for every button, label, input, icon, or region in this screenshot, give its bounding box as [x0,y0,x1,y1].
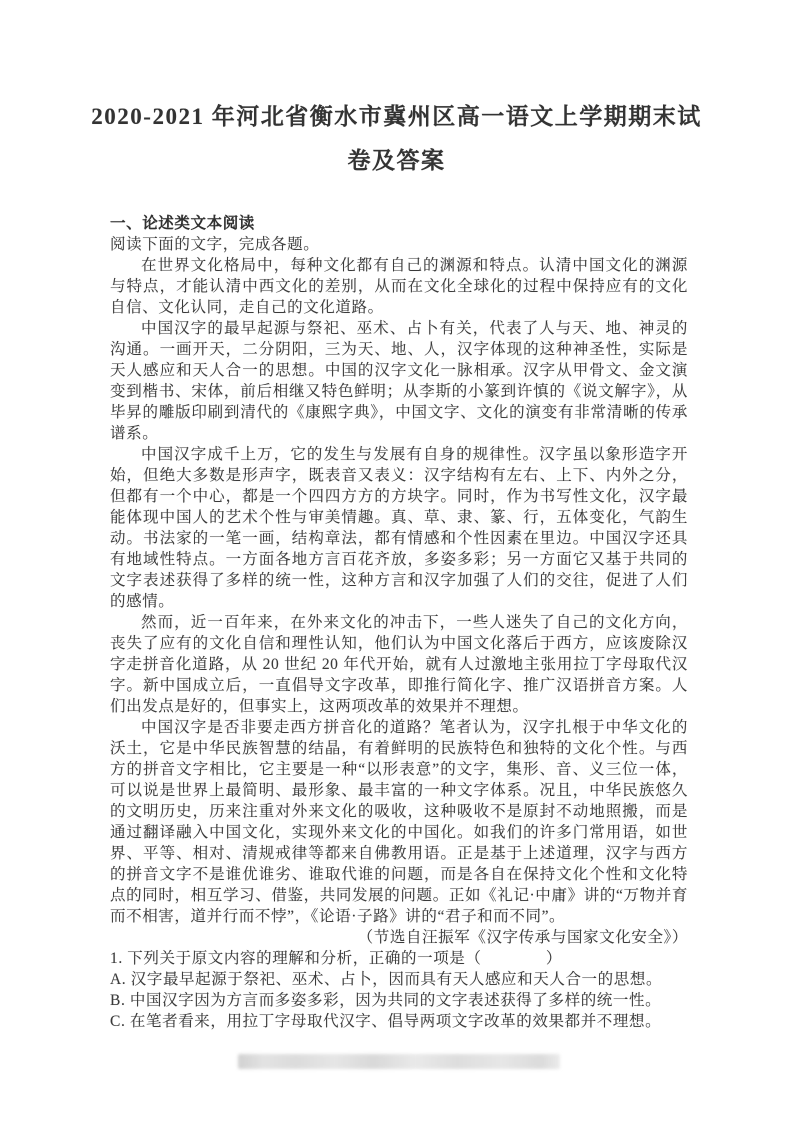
passage-paragraph: 然而，近一百年来，在外来文化的冲击下，一些人迷失了自己的文化方向，丧失了应有的文… [110,612,688,717]
question-option-a: A. 汉字最早起源于祭祀、巫术、占卜，因而具有天人感应和天人合一的思想。 [110,969,688,990]
passage-attribution: （节选自汪振军《汉字传承与国家文化安全》） [110,927,688,948]
document-title-line-1: 2020-2021 年河北省衡水市冀州区高一语文上学期期末试 [91,104,701,129]
passage-paragraph: 在世界文化格局中，每种文化都有自己的渊源和特点。认清中国文化的渊源与特点，才能认… [110,255,688,318]
reading-instruction: 阅读下面的文字，完成各题。 [110,234,688,255]
question-option-c: C. 在笔者看来，用拉丁字母取代汉字、倡导两项文字改革的效果都并不理想。 [110,1011,688,1032]
reading-passage: 在世界文化格局中，每种文化都有自己的渊源和特点。认清中国文化的渊源与特点，才能认… [110,255,688,948]
document-title: 2020-2021 年河北省衡水市冀州区高一语文上学期期末试 卷及答案 [0,0,793,183]
question-option-b: B. 中国汉字因为方言而多姿多彩，因为共同的文字表述获得了多样的统一性。 [110,990,688,1011]
question-stem: 1. 下列关于原文内容的理解和分析，正确的一项是（ ） [110,948,688,969]
passage-paragraph: 中国汉字是否非要走西方拼音化的道路？笔者认为，汉字扎根于中华文化的沃土，它是中华… [110,717,688,927]
document-body: 一、论述类文本阅读 阅读下面的文字，完成各题。 在世界文化格局中，每种文化都有自… [110,213,688,1032]
document-title-line-2: 卷及答案 [348,148,446,173]
passage-paragraph: 中国汉字成千上万，它的发生与发展有自身的规律性。汉字虽以象形造字开始，但绝大多数… [110,444,688,612]
section-heading: 一、论述类文本阅读 [110,213,688,234]
question-block: 1. 下列关于原文内容的理解和分析，正确的一项是（ ） A. 汉字最早起源于祭祀… [110,948,688,1032]
exam-paper-page: 2020-2021 年河北省衡水市冀州区高一语文上学期期末试 卷及答案 一、论述… [0,0,793,1122]
passage-paragraph: 中国汉字的最早起源与祭祀、巫术、占卜有关，代表了人与天、地、神灵的沟通。一画开天… [110,318,688,444]
watermark-strip [238,1054,560,1069]
